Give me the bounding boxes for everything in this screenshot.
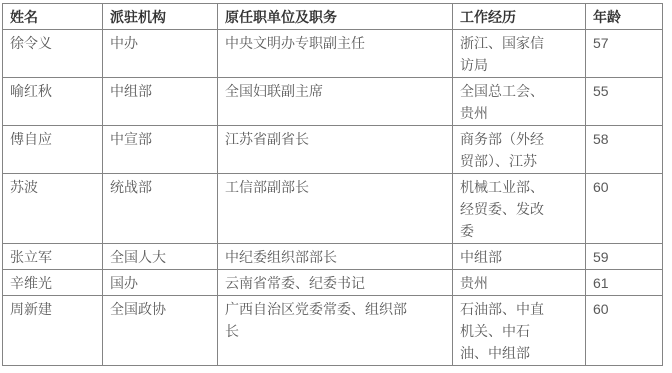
cell-position: 工信部副部长 xyxy=(218,174,453,244)
cell-position: 全国妇联副主席 xyxy=(218,78,453,126)
officials-table: 姓名 派驻机构 原任职单位及职务 工作经历 年龄 徐令义 中办 中央文明办专职副… xyxy=(2,3,663,366)
cell-name: 周新建 xyxy=(3,296,103,366)
table-header-row: 姓名 派驻机构 原任职单位及职务 工作经历 年龄 xyxy=(3,4,663,30)
cell-age: 57 xyxy=(586,30,663,78)
column-header-agency: 派驻机构 xyxy=(103,4,218,30)
cell-experience: 贵州 xyxy=(453,270,586,296)
table-row: 徐令义 中办 中央文明办专职副主任 浙江、国家信 访局 57 xyxy=(3,30,663,78)
cell-age: 55 xyxy=(586,78,663,126)
cell-position: 中纪委组织部部长 xyxy=(218,244,453,270)
cell-experience: 全国总工会、 贵州 xyxy=(453,78,586,126)
column-header-age: 年龄 xyxy=(586,4,663,30)
cell-agency: 中组部 xyxy=(103,78,218,126)
cell-name: 辛维光 xyxy=(3,270,103,296)
table-row: 张立军 全国人大 中纪委组织部部长 中组部 59 xyxy=(3,244,663,270)
cell-agency: 中办 xyxy=(103,30,218,78)
table-row: 喻红秋 中组部 全国妇联副主席 全国总工会、 贵州 55 xyxy=(3,78,663,126)
cell-name: 喻红秋 xyxy=(3,78,103,126)
cell-agency: 全国政协 xyxy=(103,296,218,366)
cell-agency: 中宣部 xyxy=(103,126,218,174)
cell-experience: 中组部 xyxy=(453,244,586,270)
cell-agency: 全国人大 xyxy=(103,244,218,270)
cell-name: 苏波 xyxy=(3,174,103,244)
cell-age: 60 xyxy=(586,296,663,366)
cell-position: 中央文明办专职副主任 xyxy=(218,30,453,78)
column-header-position: 原任职单位及职务 xyxy=(218,4,453,30)
cell-age: 58 xyxy=(586,126,663,174)
cell-name: 徐令义 xyxy=(3,30,103,78)
cell-agency: 统战部 xyxy=(103,174,218,244)
cell-position: 广西自治区党委常委、组织部 长 xyxy=(218,296,453,366)
cell-age: 61 xyxy=(586,270,663,296)
cell-position: 云南省常委、纪委书记 xyxy=(218,270,453,296)
cell-name: 傅自应 xyxy=(3,126,103,174)
cell-experience: 机械工业部、 经贸委、发改 委 xyxy=(453,174,586,244)
cell-experience: 浙江、国家信 访局 xyxy=(453,30,586,78)
cell-name: 张立军 xyxy=(3,244,103,270)
column-header-name: 姓名 xyxy=(3,4,103,30)
cell-age: 60 xyxy=(586,174,663,244)
cell-agency: 国办 xyxy=(103,270,218,296)
table-row: 辛维光 国办 云南省常委、纪委书记 贵州 61 xyxy=(3,270,663,296)
column-header-experience: 工作经历 xyxy=(453,4,586,30)
cell-experience: 石油部、中直 机关、中石 油、中组部 xyxy=(453,296,586,366)
table-row: 傅自应 中宣部 江苏省副省长 商务部（外经 贸部）、江苏 58 xyxy=(3,126,663,174)
cell-position: 江苏省副省长 xyxy=(218,126,453,174)
table-row: 周新建 全国政协 广西自治区党委常委、组织部 长 石油部、中直 机关、中石 油、… xyxy=(3,296,663,366)
table-row: 苏波 统战部 工信部副部长 机械工业部、 经贸委、发改 委 60 xyxy=(3,174,663,244)
cell-age: 59 xyxy=(586,244,663,270)
cell-experience: 商务部（外经 贸部）、江苏 xyxy=(453,126,586,174)
